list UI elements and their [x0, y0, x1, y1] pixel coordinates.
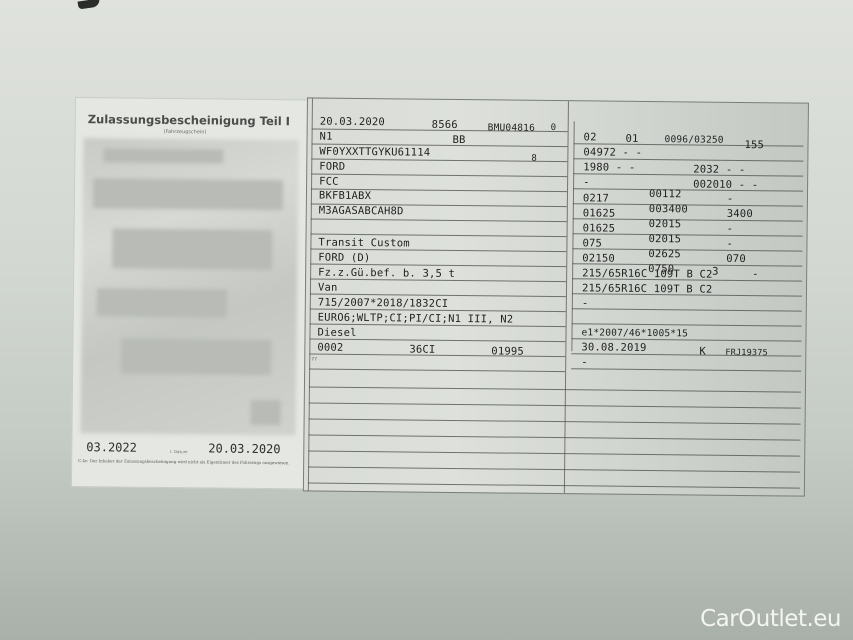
model-name: Transit Custom [318, 237, 409, 250]
fuel-code: 0002 [317, 342, 343, 354]
field-r15: 070 [726, 253, 746, 265]
check-digit: 0 [551, 123, 557, 133]
footnote: C.4c: Der Inhaber der Zulassungsbeschein… [78, 458, 293, 466]
field-r10: 01625 [583, 222, 616, 234]
body-type: Van [318, 282, 338, 294]
variant: BKFB1ABX [319, 190, 371, 203]
vehicle-class-text: Fz.z.Gü.bef. b. 3,5 t [318, 267, 455, 280]
field-r12: - [726, 238, 733, 250]
manufacturer-name: FORD (D) [318, 252, 370, 265]
redacted-owner-area [80, 138, 298, 435]
axles: 02 [584, 131, 597, 143]
document-data-page: 20.03.2020 8566 BMU04816 0 N1 BB WF0YXXT… [303, 97, 809, 496]
max-speed: 155 [744, 139, 764, 151]
length: 04972 - - [583, 146, 642, 159]
type: FCC [319, 176, 339, 188]
field-r9: - [727, 223, 734, 235]
field-r14: 02625 [648, 248, 681, 260]
field-r21: - [581, 356, 588, 368]
fuel-type: Diesel [317, 327, 356, 339]
field-r16: 02150 [582, 252, 615, 264]
issue-date: 20.03.2020 [208, 441, 280, 456]
document-left-page: Zulassungsbescheinigung Teil I (Fahrzeug… [71, 97, 309, 489]
document-subtitle: (Fahrzeugschein) [164, 129, 207, 135]
driven-axles: 01 [626, 133, 639, 145]
field-r6: 3400 [727, 208, 753, 220]
co2-value: 002010 - - [693, 178, 758, 191]
vehicle-class: N1 [320, 131, 333, 143]
field-r20: - [582, 297, 589, 309]
k-number: FRJ19375 [725, 348, 768, 358]
version: M3AGASABCAH8D [319, 205, 404, 218]
field-r2: 00112 [649, 188, 682, 200]
carOutlet-watermark: CarOutlet.eu [700, 606, 841, 632]
date-label: I. Datum [170, 449, 187, 454]
manufacturer-code: 8566 [432, 119, 458, 131]
field-r11: 02015 [648, 233, 681, 245]
width: 1980 - - [583, 161, 635, 174]
type-code: BMU04816 [488, 122, 535, 133]
height: 2032 - - [693, 163, 745, 176]
power-ratio: 0096/03250 [665, 134, 724, 146]
body-code: BB [452, 134, 465, 146]
field-r13: 075 [582, 237, 602, 249]
document-title: Zulassungsbescheinigung Teil I [88, 112, 290, 128]
field-r1: - [583, 176, 590, 188]
vin-check-digit: 8 [531, 154, 537, 164]
k-label: K [699, 346, 706, 358]
make: FORD [319, 161, 345, 173]
emission-class: EURO6;WLTP;CI;PI/CI;N1 III, N2 [318, 312, 514, 326]
displacement: 01995 [491, 345, 524, 357]
approval-date: 30.08.2019 [581, 341, 646, 354]
emission-code: 36CI [409, 344, 435, 356]
field-r8: 02015 [649, 218, 682, 230]
field-r18: 3 [712, 266, 719, 278]
tyre-size-front: 215/65R16C 109T B C2 [582, 267, 713, 280]
field-r5: 003400 [649, 203, 688, 215]
first-registration-date: 20.03.2020 [320, 116, 385, 129]
pen-mark [78, 0, 101, 9]
registration-document: Zulassungsbescheinigung Teil I (Fahrzeug… [71, 95, 810, 498]
vin: WF0YXXTTGYKU61114 [319, 146, 430, 159]
field-r4: 0217 [583, 192, 609, 204]
field-r3: - [727, 193, 734, 205]
field-r19: - [752, 268, 759, 280]
field-r7: 01625 [583, 207, 616, 219]
type-approval-number: e1*2007/46*1005*15 [581, 327, 688, 339]
valid-until-date: 03.2022 [86, 440, 137, 455]
emission-regulation: 715/2007*2018/1832CI [318, 297, 449, 310]
tyre-size-rear: 215/65R16C 109T B C2 [582, 282, 713, 295]
